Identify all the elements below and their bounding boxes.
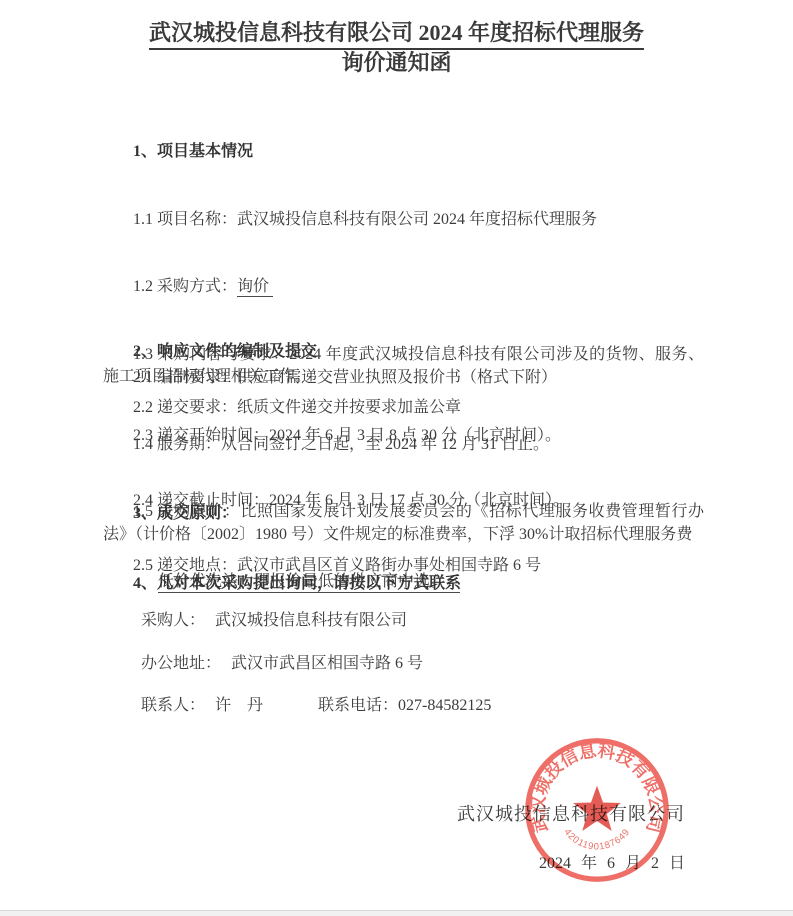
- contact-person-row: 联系人：许 丹联系电话：027-84582125: [103, 673, 704, 717]
- phone-value: 027-84582125: [398, 697, 491, 714]
- item-2-3: 2.3 递交开始时间：2024 年 6 月 3 日 8 点 30 分（北京时间）…: [103, 425, 704, 447]
- title-line-1-text: 武汉城投信息科技有限公司 2024 年度招标代理服务: [149, 18, 644, 50]
- item-1-2-value-underlined: 询价: [237, 278, 273, 297]
- title-line-1: 武汉城投信息科技有限公司 2024 年度招标代理服务: [0, 18, 793, 50]
- buyer-label: 采购人：: [111, 612, 205, 629]
- seal-graphic: 武汉城投信息科技有限公司 4201190187649: [521, 734, 673, 886]
- address-value: 武汉市武昌区相国寺路 6 号: [231, 655, 423, 672]
- item-1-2-label: 1.2 采购方式：: [133, 278, 237, 295]
- contact-person-value: 许 丹: [215, 697, 263, 714]
- document-title: 武汉城投信息科技有限公司 2024 年度招标代理服务 询价通知函: [0, 18, 793, 76]
- page-bottom-edge: [0, 910, 793, 916]
- contact-person-pair: 联系人：许 丹: [111, 695, 318, 717]
- phone-label: 联系电话：: [318, 697, 398, 714]
- seal-star-icon: [573, 786, 621, 831]
- section-3-heading: 3、成交原则：: [103, 503, 704, 526]
- address-row: 办公地址：武汉市武昌区相国寺路 6 号: [103, 631, 704, 675]
- official-seal-stamp: 武汉城投信息科技有限公司 4201190187649: [521, 734, 673, 886]
- buyer-value: 武汉城投信息科技有限公司: [215, 612, 407, 629]
- title-line-2-text: 询价通知函: [0, 50, 793, 76]
- item-1-1: 1.1 项目名称：武汉城投信息科技有限公司 2024 年度招标代理服务: [103, 209, 704, 232]
- seal-number-arc-text: 4201190187649: [562, 827, 633, 853]
- section-1-heading: 1、项目基本情况: [103, 141, 704, 164]
- contact-person-label: 联系人：: [141, 697, 205, 714]
- buyer-row: 采购人：武汉城投信息科技有限公司: [103, 588, 704, 632]
- address-label: 办公地址：: [111, 655, 221, 672]
